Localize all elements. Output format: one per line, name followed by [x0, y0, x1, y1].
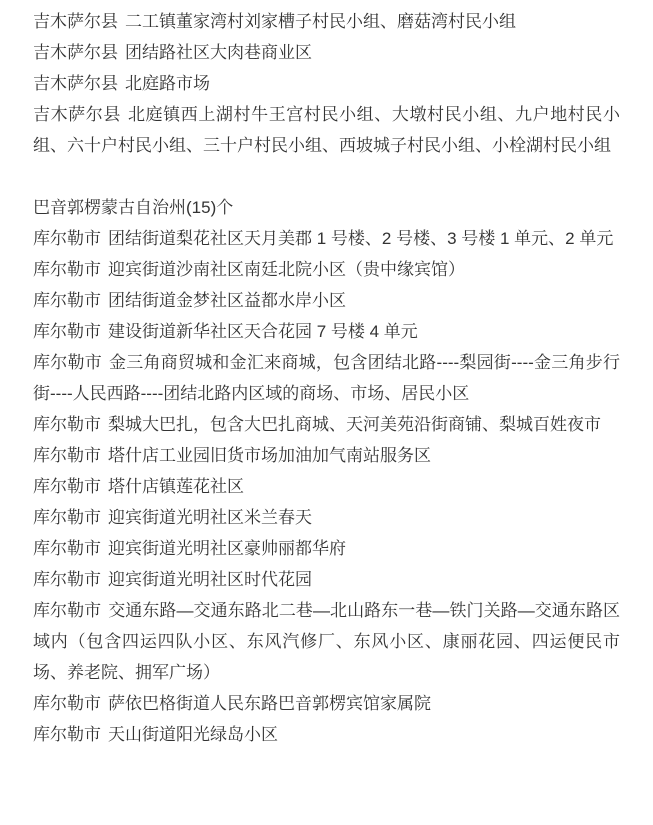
location-detail: 团结路社区大肉巷商业区	[125, 43, 312, 62]
location-detail: 梨城大巴扎，包含大巴扎商城、天河美苑沿街商铺、梨城百姓夜市	[108, 415, 601, 434]
location-entry: 吉木萨尔县二工镇董家湾村刘家槽子村民小组、磨菇湾村民小组	[33, 6, 620, 37]
location-entry: 库尔勒市团结街道梨花社区天月美郡 1 号楼、2 号楼、3 号楼 1 单元、2 单…	[33, 223, 620, 254]
region-name: 库尔勒市	[33, 694, 101, 713]
location-detail: 团结街道金梦社区益都水岸小区	[108, 291, 346, 310]
location-detail: 天山街道阳光绿岛小区	[108, 725, 278, 744]
blank-line	[33, 161, 620, 192]
region-name: 库尔勒市	[33, 570, 101, 589]
section-header: 巴音郭楞蒙古自治州(15)个	[33, 192, 620, 223]
region-name: 吉木萨尔县	[33, 12, 118, 31]
location-entry: 吉木萨尔县北庭镇西上湖村牛王宫村民小组、大墩村民小组、九户地村民小组、六十户村民…	[33, 99, 620, 161]
location-entry: 库尔勒市迎宾街道光明社区米兰春天	[33, 502, 620, 533]
location-entry: 库尔勒市迎宾街道光明社区豪帅丽都华府	[33, 533, 620, 564]
location-entry: 库尔勒市天山街道阳光绿岛小区	[33, 719, 620, 750]
location-entry: 库尔勒市迎宾街道光明社区时代花园	[33, 564, 620, 595]
location-detail: 迎宾街道沙南社区南廷北院小区（贵中缘宾馆）	[108, 260, 465, 279]
region-name: 库尔勒市	[33, 322, 101, 341]
location-detail: 交通东路—交通东路北二巷—北山路东一巷—铁门关路—交通东路区域内（包含四运四队小…	[33, 601, 620, 682]
region-name: 库尔勒市	[33, 508, 101, 527]
region-name: 库尔勒市	[33, 291, 101, 310]
location-list: 吉木萨尔县二工镇董家湾村刘家槽子村民小组、磨菇湾村民小组吉木萨尔县团结路社区大肉…	[33, 6, 620, 750]
location-entry: 库尔勒市团结街道金梦社区益都水岸小区	[33, 285, 620, 316]
region-name: 吉木萨尔县	[33, 43, 118, 62]
region-name: 库尔勒市	[33, 601, 101, 620]
location-entry: 库尔勒市梨城大巴扎，包含大巴扎商城、天河美苑沿街商铺、梨城百姓夜市	[33, 409, 620, 440]
region-name: 吉木萨尔县	[33, 105, 121, 124]
location-detail: 北庭路市场	[125, 74, 210, 93]
region-name: 库尔勒市	[33, 353, 102, 372]
location-detail: 迎宾街道光明社区时代花园	[108, 570, 312, 589]
location-entry: 库尔勒市建设街道新华社区天合花园 7 号楼 4 单元	[33, 316, 620, 347]
region-name: 库尔勒市	[33, 539, 101, 558]
location-detail: 塔什店镇莲花社区	[108, 477, 244, 496]
region-name: 库尔勒市	[33, 415, 101, 434]
location-entry: 库尔勒市迎宾街道沙南社区南廷北院小区（贵中缘宾馆）	[33, 254, 620, 285]
location-detail: 塔什店工业园旧货市场加油加气南站服务区	[108, 446, 431, 465]
document-page: 吉木萨尔县二工镇董家湾村刘家槽子村民小组、磨菇湾村民小组吉木萨尔县团结路社区大肉…	[0, 0, 653, 825]
region-name: 库尔勒市	[33, 260, 101, 279]
region-name: 库尔勒市	[33, 446, 101, 465]
location-entry: 库尔勒市塔什店工业园旧货市场加油加气南站服务区	[33, 440, 620, 471]
location-detail: 金三角商贸城和金汇来商城，包含团结北路----梨园街----金三角步行街----…	[33, 353, 620, 403]
location-detail: 迎宾街道光明社区米兰春天	[108, 508, 312, 527]
location-detail: 团结街道梨花社区天月美郡 1 号楼、2 号楼、3 号楼 1 单元、2 单元	[108, 229, 613, 248]
location-detail: 北庭镇西上湖村牛王宫村民小组、大墩村民小组、九户地村民小组、六十户村民小组、三十…	[33, 105, 620, 155]
location-detail: 迎宾街道光明社区豪帅丽都华府	[108, 539, 346, 558]
region-name: 库尔勒市	[33, 229, 101, 248]
location-entry: 吉木萨尔县团结路社区大肉巷商业区	[33, 37, 620, 68]
location-detail: 二工镇董家湾村刘家槽子村民小组、磨菇湾村民小组	[125, 12, 516, 31]
region-name: 吉木萨尔县	[33, 74, 118, 93]
location-entry: 库尔勒市塔什店镇莲花社区	[33, 471, 620, 502]
location-detail: 萨依巴格街道人民东路巴音郭楞宾馆家属院	[108, 694, 431, 713]
location-entry: 吉木萨尔县北庭路市场	[33, 68, 620, 99]
region-name: 库尔勒市	[33, 725, 101, 744]
region-name: 库尔勒市	[33, 477, 101, 496]
location-entry: 库尔勒市交通东路—交通东路北二巷—北山路东一巷—铁门关路—交通东路区域内（包含四…	[33, 595, 620, 688]
location-entry: 库尔勒市萨依巴格街道人民东路巴音郭楞宾馆家属院	[33, 688, 620, 719]
location-entry: 库尔勒市金三角商贸城和金汇来商城，包含团结北路----梨园街----金三角步行街…	[33, 347, 620, 409]
location-detail: 建设街道新华社区天合花园 7 号楼 4 单元	[108, 322, 418, 341]
